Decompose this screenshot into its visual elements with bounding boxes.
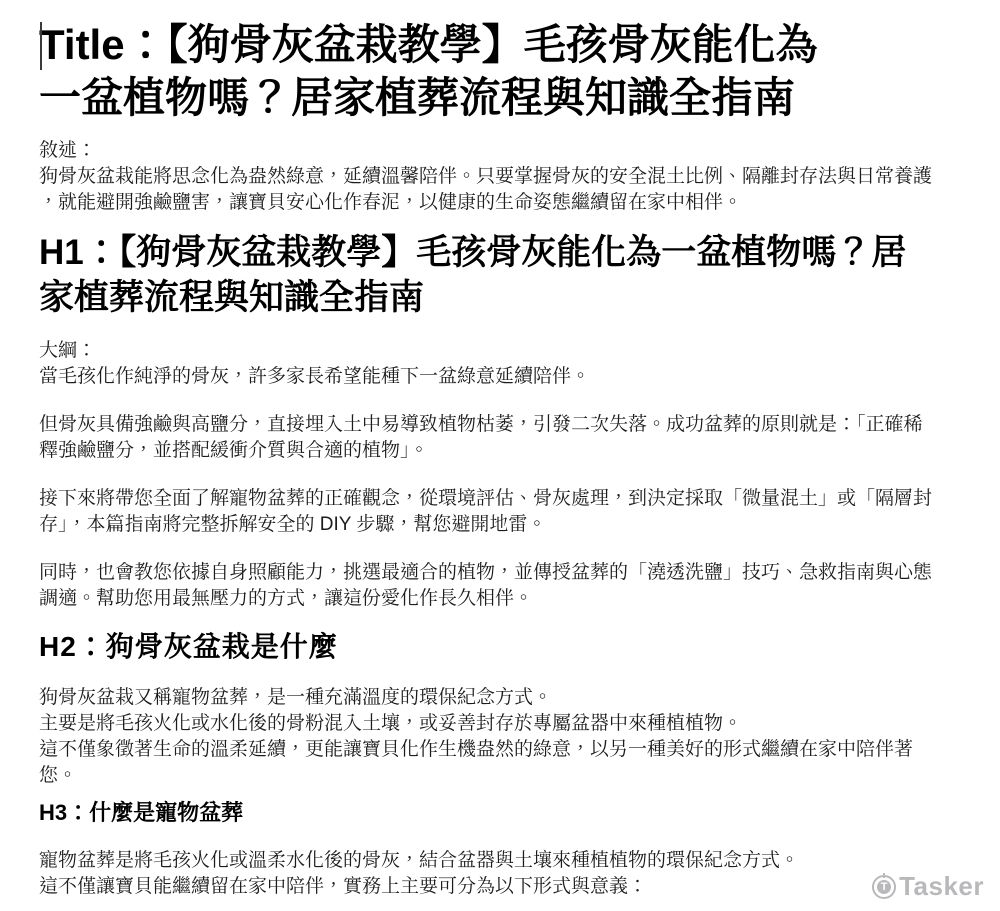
outline-paragraph[interactable]: 接下來將帶您全面了解寵物盆葬的正確觀念，從環境評估、骨灰處理，到決定採取「微量混… <box>39 486 959 538</box>
tasker-badge-letter: T <box>877 880 891 894</box>
watermark-brand-text: Tasker <box>899 871 984 902</box>
description-label[interactable]: 敘述： <box>39 138 959 164</box>
tasker-badge-icon: T <box>872 875 896 899</box>
text-cursor-caret <box>40 22 42 70</box>
h2-paragraph[interactable]: 狗骨灰盆栽又稱寵物盆葬，是一種充滿溫度的環保紀念方式。 主要是將毛孩火化或水化後… <box>39 685 959 789</box>
outline-section[interactable]: 大綱： 當毛孩化作純淨的骨灰，許多家長希望能種下一盆綠意延續陪伴。 但骨灰具備強… <box>39 338 959 612</box>
description-paragraph[interactable]: 狗骨灰盆栽能將思念化為盎然綠意，延續溫馨陪伴。只要掌握骨灰的安全混土比例、隔離封… <box>39 164 959 216</box>
document-page[interactable]: Title：【狗骨灰盆栽教學】毛孩骨灰能化為 一盆植物嗎？居家植葬流程與知識全指… <box>0 0 1000 911</box>
description-section[interactable]: 敘述： 狗骨灰盆栽能將思念化為盎然綠意，延續溫馨陪伴。只要掌握骨灰的安全混土比例… <box>39 138 959 216</box>
doc-title[interactable]: Title：【狗骨灰盆栽教學】毛孩骨灰能化為 一盆植物嗎？居家植葬流程與知識全指… <box>39 18 959 124</box>
outline-paragraph[interactable]: 但骨灰具備強鹼與高鹽分，直接埋入土中易導致植物枯萎，引發二次失落。成功盆葬的原則… <box>39 412 959 464</box>
h3-paragraph[interactable]: 寵物盆葬是將毛孩火化或溫柔水化後的骨灰，結合盆器與土壤來種植植物的環保紀念方式。… <box>39 848 959 900</box>
outline-paragraph[interactable]: 當毛孩化作純淨的骨灰，許多家長希望能種下一盆綠意延續陪伴。 <box>39 364 959 390</box>
heading-h3[interactable]: H3：什麼是寵物盆葬 <box>39 798 959 828</box>
watermark: T Tasker <box>872 871 984 902</box>
outline-paragraph[interactable]: 同時，也會教您依據自身照顧能力，挑選最適合的植物，並傳授盆葬的「澆透洗鹽」技巧、… <box>39 560 959 612</box>
heading-h2[interactable]: H2：狗骨灰盆栽是什麼 <box>39 629 959 665</box>
outline-label[interactable]: 大綱： <box>39 338 959 364</box>
heading-h1[interactable]: H1：【狗骨灰盆栽教學】毛孩骨灰能化為一盆植物嗎？居 家植葬流程與知識全指南 <box>39 230 959 320</box>
